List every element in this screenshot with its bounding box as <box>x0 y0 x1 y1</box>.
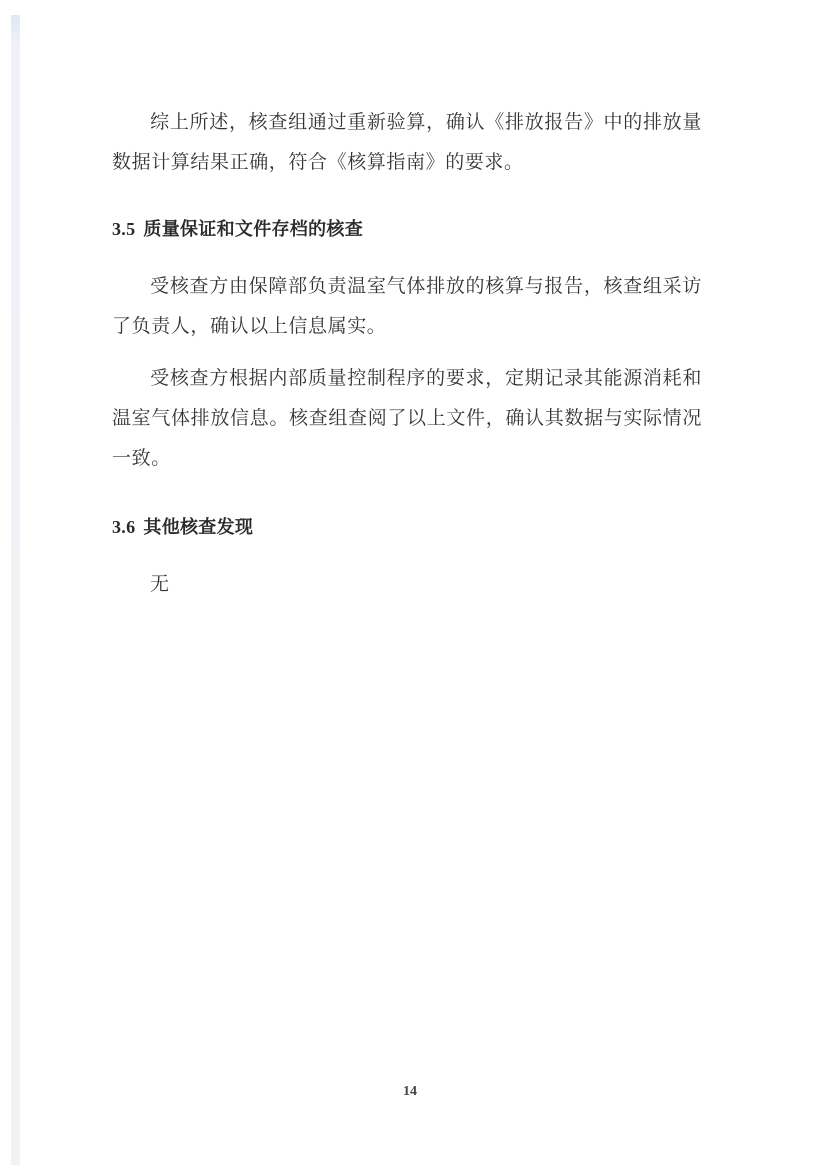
summary-paragraph-text: 综上所述，核查组通过重新验算，确认《排放报告》中的排放量数据计算结果正确，符合《… <box>112 111 702 173</box>
summary-paragraph: 综上所述，核查组通过重新验算，确认《排放报告》中的排放量数据计算结果正确，符合《… <box>112 102 702 182</box>
section-heading-3-5: 3.5质量保证和文件存档的核查 <box>112 215 363 241</box>
section-number: 3.5 <box>112 219 135 239</box>
section-title: 其他核查发现 <box>143 517 253 538</box>
section-number: 3.6 <box>112 517 135 537</box>
document-page: 综上所述，核查组通过重新验算，确认《排放报告》中的排放量数据计算结果正确，符合《… <box>0 0 827 1170</box>
section-3-5-paragraph-1: 受核查方由保障部负责温室气体排放的核算与报告，核查组采访了负责人，确认以上信息属… <box>112 266 702 346</box>
page-number: 14 <box>403 1084 417 1100</box>
section-3-6-paragraph-1: 无 <box>112 564 702 604</box>
paragraph-text: 无 <box>150 573 170 595</box>
section-title: 质量保证和文件存档的核查 <box>143 219 363 240</box>
section-3-5-paragraph-2: 受核查方根据内部质量控制程序的要求，定期记录其能源消耗和温室气体排放信息。核查组… <box>112 358 702 478</box>
paragraph-text: 受核查方由保障部负责温室气体排放的核算与报告，核查组采访了负责人，确认以上信息属… <box>112 275 702 337</box>
paragraph-text: 受核查方根据内部质量控制程序的要求，定期记录其能源消耗和温室气体排放信息。核查组… <box>112 367 702 469</box>
section-heading-3-6: 3.6其他核查发现 <box>112 513 253 539</box>
